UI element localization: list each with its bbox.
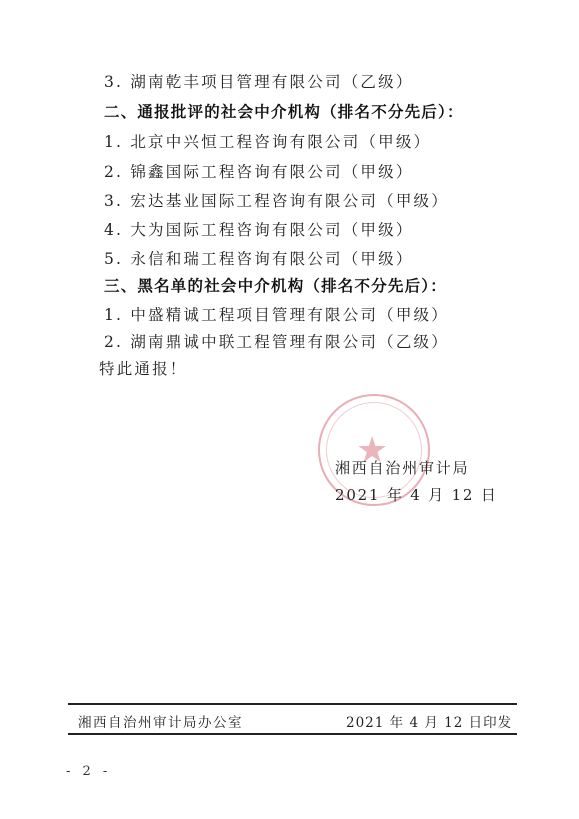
list-item: 2. 锦鑫国际工程咨询有限公司（甲级） — [104, 162, 414, 182]
list-item: 3. 湖南乾丰项目管理有限公司（乙级） — [104, 72, 414, 92]
page-number: - 2 - — [66, 764, 111, 779]
list-item: 2. 湖南鼎诚中联工程管理有限公司（乙级） — [104, 332, 449, 352]
list-item: 5. 永信和瑞工程咨询有限公司（甲级） — [104, 249, 414, 269]
issuer-name: 湘西自治州审计局 — [335, 458, 469, 478]
issue-date: 2021 年 4 月 12 日 — [335, 485, 498, 505]
section-heading-blacklist: 三、黑名单的社会中介机构（排名不分先后）： — [104, 276, 447, 296]
list-item: 1. 中盛精诚工程项目管理有限公司（甲级） — [104, 305, 449, 325]
footer-bottom-rule — [68, 733, 517, 735]
section-heading-criticized: 二、通报批评的社会中介机构（排名不分先后）： — [104, 102, 464, 122]
footer-print-date: 2021 年 4 月 12 日印发 — [346, 711, 512, 731]
list-item: 4. 大为国际工程咨询有限公司（甲级） — [104, 220, 414, 240]
list-item: 3. 宏达基业国际工程咨询有限公司（甲级） — [104, 191, 449, 211]
closing-text: 特此通报！ — [99, 359, 188, 379]
list-item: 1. 北京中兴恒工程咨询有限公司（甲级） — [104, 132, 431, 152]
footer-top-rule — [68, 703, 517, 705]
footer-office: 湘西自治州审计局办公室 — [78, 711, 243, 731]
